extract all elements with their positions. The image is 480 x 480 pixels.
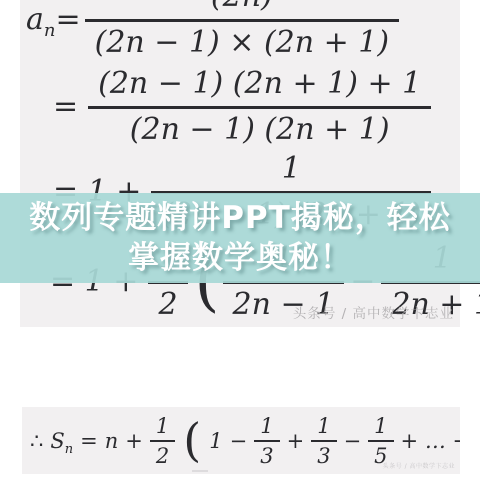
formula-lhs: an= (26, 3, 81, 38)
var-a: a (26, 2, 44, 37)
banner-title-line2: 掌握数学奥秘！ (128, 238, 352, 278)
screenshot-root: an= (2n) (2n − 1) × (2n + 1) = (2n − 1) … (0, 0, 480, 480)
fraction-numerator: (2n) (85, 0, 399, 19)
fraction: 1 5 (368, 414, 393, 468)
fraction-denominator: (2n − 1) × (2n + 1) (85, 19, 399, 62)
fraction-numerator: 1 (151, 151, 431, 191)
fraction-numerator: 1 (150, 414, 175, 440)
equals-sign: = (53, 90, 78, 125)
banner-title-line1: 数列专题精讲PPT揭秘，轻松 (29, 198, 451, 238)
subscript-n: n (65, 442, 73, 457)
fraction-denominator: 2 (150, 440, 175, 468)
formula-line-2: = (2n − 1) (2n + 1) + 1 (2n − 1) (2n + 1… (53, 66, 431, 148)
fraction-numerator: 1 (368, 414, 393, 440)
smudge-mark (192, 470, 208, 472)
plus-sign: + (287, 429, 305, 453)
formula-line-1: an= (2n) (2n − 1) × (2n + 1) (26, 0, 399, 61)
fraction-denominator: 3 (311, 440, 336, 468)
fraction-denominator: 3 (254, 440, 279, 468)
ellipsis-terms: + … + (401, 429, 460, 453)
var-S: S (50, 429, 64, 453)
fraction: 1 3 (311, 414, 336, 468)
fraction-numerator: 1 (311, 414, 336, 440)
var-S-n: Sn (50, 429, 73, 453)
fraction-denominator: 2 (148, 281, 187, 324)
fraction: (2n − 1) (2n + 1) + 1 (2n − 1) (2n + 1) (88, 66, 431, 148)
fraction: (2n) (2n − 1) × (2n + 1) (85, 0, 399, 61)
watermark-text-small: 头条号 / 高中数学卞志业 (383, 461, 455, 470)
term-one: 1 (209, 429, 222, 453)
fraction-numerator: 1 (254, 414, 279, 440)
minus-sign: − (230, 429, 248, 453)
fraction-numerator: (2n − 1) (2n + 1) + 1 (88, 66, 431, 106)
therefore-sign: ∴ (30, 429, 43, 453)
equals-sign: = (80, 429, 98, 453)
open-paren: ( (183, 421, 201, 460)
watermark-text: 头条号 / 高中数学卞志业 (293, 302, 454, 322)
subscript-n: n (44, 21, 56, 42)
promo-banner: 数列专题精讲PPT揭秘，轻松 掌握数学奥秘！ (0, 193, 480, 283)
fraction-one-half: 1 2 (150, 414, 175, 468)
minus-sign: − (344, 429, 362, 453)
sum-formula-panel: ∴ Sn = n + 1 2 ( 1 − 1 3 + 1 3 − 1 (22, 407, 460, 474)
var-n: n (105, 429, 119, 453)
equals-sign: = (55, 2, 80, 37)
fraction: 1 3 (254, 414, 279, 468)
plus-sign: + (125, 429, 143, 453)
fraction-denominator: (2n − 1) (2n + 1) (88, 106, 431, 149)
